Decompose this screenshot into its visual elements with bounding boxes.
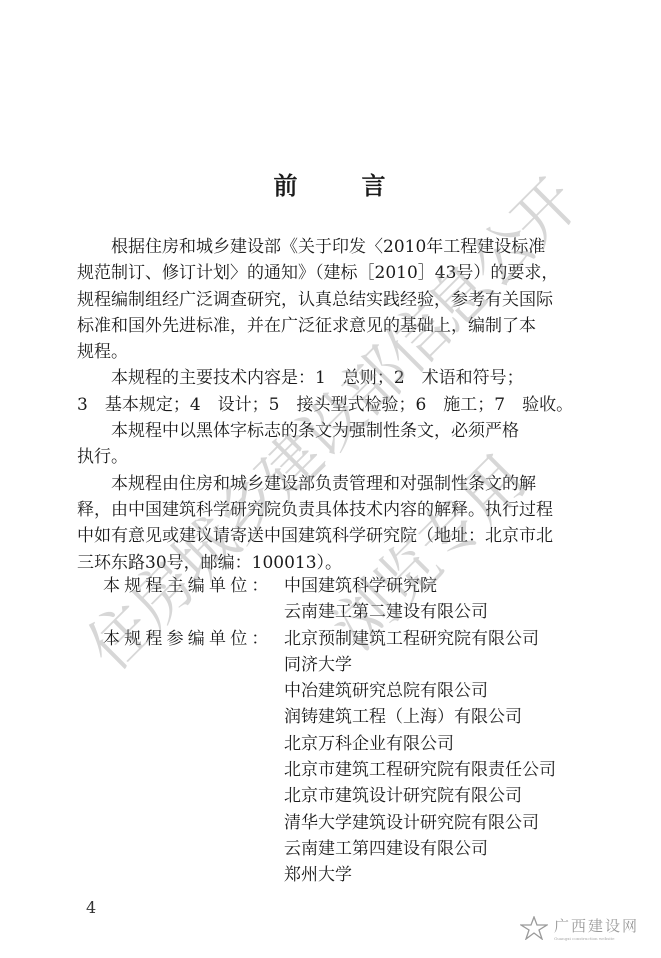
unit-item: 北京市建筑设计研究院有限公司 xyxy=(284,783,522,809)
text-line: 规范制订、修订计划〉的通知》（建标［2010］43号）的要求， xyxy=(77,260,565,286)
text-line: 根据住房和城乡建设部《关于印发〈2010年工程建设标准 xyxy=(77,234,565,260)
logo-subtitle: Guangxi construction website xyxy=(554,936,639,941)
title-char-2: 言 xyxy=(362,166,388,201)
unit-item: 润铸建筑工程（上海）有限公司 xyxy=(284,704,522,730)
title-char-1: 前 xyxy=(274,166,300,201)
preface-body: 根据住房和城乡建设部《关于印发〈2010年工程建设标准 规范制订、修订计划〉的通… xyxy=(77,234,565,576)
text-line: 本规程中以黑体字标志的条文为强制性条文，必须严格 xyxy=(77,418,565,444)
page-number: 4 xyxy=(86,898,96,917)
text-line: 3 基本规定；4 设计；5 接头型式检验；6 施工；7 验收。 xyxy=(77,392,565,418)
chief-units-label: 本规程主编单位： xyxy=(77,573,284,599)
unit-item: 北京万科企业有限公司 xyxy=(284,731,454,757)
text-line: 三环东路30号，邮编：100013）。 xyxy=(77,550,565,576)
text-line: 规程编制组经广泛调查研究，认真总结实践经验，参考有关国际 xyxy=(77,287,565,313)
unit-item: 清华大学建筑设计研究院有限公司 xyxy=(284,810,539,836)
unit-item: 郑州大学 xyxy=(284,862,352,888)
unit-item: 云南建工第四建设有限公司 xyxy=(284,836,488,862)
unit-item: 北京预制建筑工程研究院有限公司 xyxy=(284,626,539,652)
logo-name: 广西建设网 xyxy=(554,915,639,936)
text-line: 执行。 xyxy=(77,444,565,470)
text-line: 释，由中国建筑科学研究院负责具体技术内容的解释。执行过程 xyxy=(77,497,565,523)
text-line: 本规程的主要技术内容是：1 总则；2 术语和符号； xyxy=(77,365,565,391)
editing-units: 本规程主编单位：中国建筑科学研究院 云南建工第二建设有限公司 本规程参编单位：北… xyxy=(77,573,556,889)
text-line: 规程。 xyxy=(77,339,565,365)
text-line: 标准和国外先进标准，并在广泛征求意见的基础上，编制了本 xyxy=(77,313,565,339)
text-line: 中如有意见或建议请寄送中国建筑科学研究院（地址：北京市北 xyxy=(77,523,565,549)
page-title: 前言 xyxy=(0,166,661,201)
unit-item: 中冶建筑研究总院有限公司 xyxy=(284,678,488,704)
star-logo-icon xyxy=(520,916,548,940)
site-logo: 广西建设网 Guangxi construction website xyxy=(520,915,639,941)
unit-item: 云南建工第二建设有限公司 xyxy=(284,599,488,625)
unit-item: 同济大学 xyxy=(284,652,352,678)
unit-item: 中国建筑科学研究院 xyxy=(284,573,437,599)
participating-units-label: 本规程参编单位： xyxy=(77,626,284,652)
text-line: 本规程由住房和城乡建设部负责管理和对强制性条文的解 xyxy=(77,471,565,497)
unit-item: 北京市建筑工程研究院有限责任公司 xyxy=(284,757,556,783)
